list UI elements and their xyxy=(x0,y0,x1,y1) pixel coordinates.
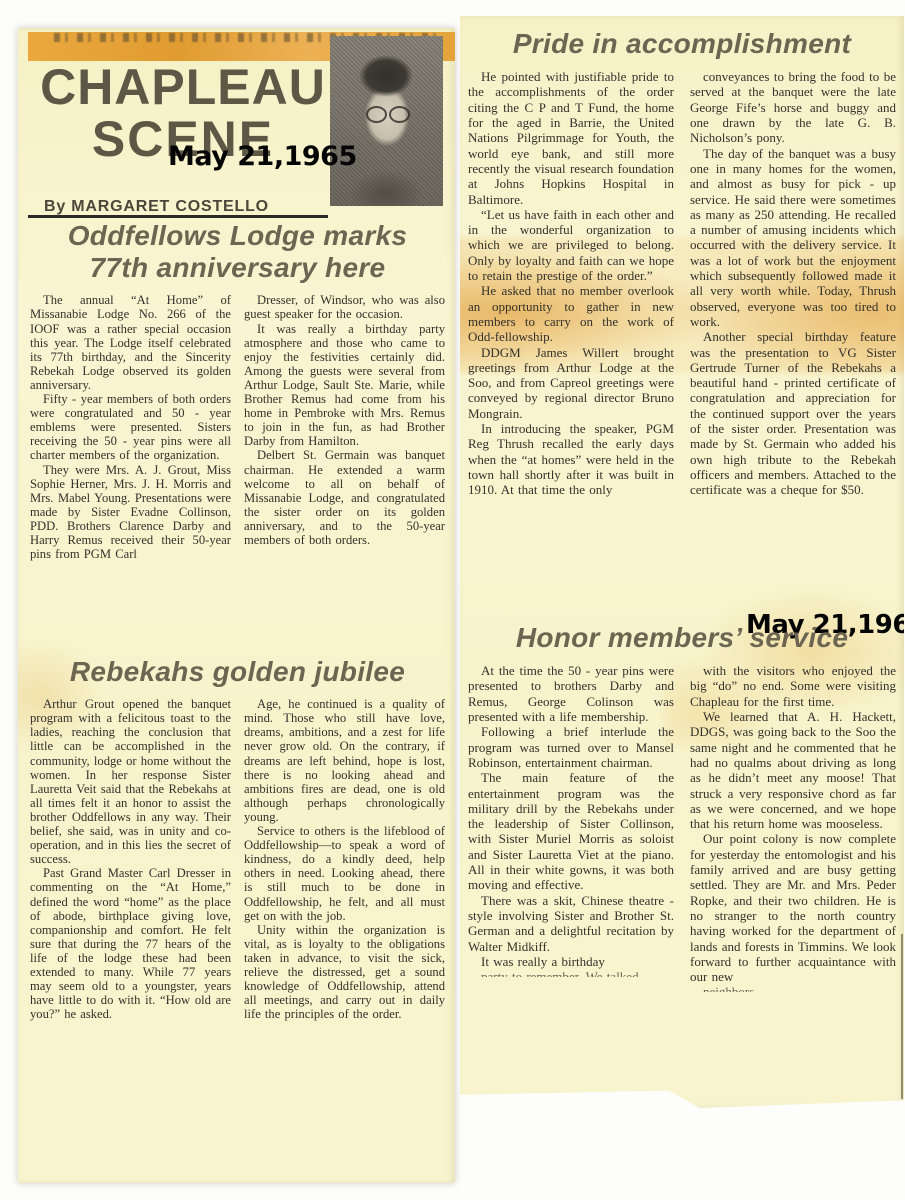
left-newspaper-clipping: CHAPLEAU SCENE May 21,1965 By MARGARET C… xyxy=(18,28,455,1183)
headline-line1: Oddfellows Lodge marks xyxy=(30,220,445,252)
column-paragraphs: with the visitors who enjoyed the big “d… xyxy=(690,663,896,984)
article-oddfellows-anniversary: Oddfellows Lodge marks 77th anniversary … xyxy=(30,220,445,561)
masthead-title-line1: CHAPLEAU xyxy=(32,62,334,113)
paragraph: The main feature of the entertainment pr… xyxy=(468,770,674,892)
paragraph: Following a brief interlude the program … xyxy=(468,724,674,770)
paragraph: Delbert St. Germain was banquet chairman… xyxy=(244,448,445,547)
paragraph: At the time the 50 - year pins were pres… xyxy=(468,663,674,724)
author-photo xyxy=(330,36,443,206)
paragraph: with the visitors who enjoyed the big “d… xyxy=(690,663,896,709)
paragraph: They were Mrs. A. J. Grout, Miss Sophie … xyxy=(30,463,231,562)
headline-line2: 77th anniversary here xyxy=(30,252,445,284)
paragraph: Unity within the organization is vital, … xyxy=(244,923,445,1022)
paragraph: We learned that A. H. Hackett, DDGS, was… xyxy=(690,709,896,831)
headline-honor: Honor members’ service xyxy=(468,622,896,654)
article-body: At the time the 50 - year pins were pres… xyxy=(468,663,896,992)
paragraph: Another special birthday feature was the… xyxy=(690,329,896,497)
paragraph: DDGM James Willert brought greetings fro… xyxy=(468,345,674,421)
paragraph: The day of the banquet was a busy one in… xyxy=(690,146,896,330)
article-column: Arthur Grout opened the banquet program … xyxy=(30,697,231,1021)
paragraph: Past Grand Master Carl Dresser in commen… xyxy=(30,866,231,1021)
paragraph: Age, he continued is a quality of mind. … xyxy=(244,697,445,824)
right-newspaper-clipping: Pride in accomplishment He pointed with … xyxy=(460,16,904,1108)
byline: By MARGARET COSTELLO xyxy=(44,198,269,216)
article-column: conveyances to bring the food to be serv… xyxy=(690,69,896,497)
article-column: Age, he continued is a quality of mind. … xyxy=(244,697,445,1021)
cutoff-text: party to remember. We talked xyxy=(468,969,674,977)
article-column: The annual “At Home” of Missanabie Lodge… xyxy=(30,293,231,561)
article-column: He pointed with justifiable pride to the… xyxy=(468,69,674,497)
paragraph: He pointed with justifiable pride to the… xyxy=(468,69,674,207)
paragraph: Our point colony is now complete for yes… xyxy=(690,831,896,984)
torn-text-line: party to remember. We talked xyxy=(468,969,674,977)
paragraph: Service to others is the lifeblood of Od… xyxy=(244,824,445,923)
article-column: Dresser, of Windsor, who was also guest … xyxy=(244,293,445,561)
paragraph: “Let us have faith in each other and in … xyxy=(468,207,674,283)
paragraph: Fifty - year members of both orders were… xyxy=(30,392,231,462)
headline-oddfellows: Oddfellows Lodge marks 77th anniversary … xyxy=(30,220,445,284)
article-rebekahs-jubilee: Rebekahs golden jubilee Arthur Grout ope… xyxy=(30,656,445,1021)
headline-pride: Pride in accomplishment xyxy=(468,28,896,60)
paragraph: conveyances to bring the food to be serv… xyxy=(690,69,896,145)
cutoff-text: neighbors xyxy=(690,984,896,992)
headline-rebekahs: Rebekahs golden jubilee xyxy=(30,656,445,688)
article-body: Arthur Grout opened the banquet program … xyxy=(30,697,445,1021)
column-paragraphs: At the time the 50 - year pins were pres… xyxy=(468,663,674,969)
paragraph: The annual “At Home” of Missanabie Lodge… xyxy=(30,293,231,392)
paragraph: There was a skit, Chinese theatre - styl… xyxy=(468,893,674,954)
date-stamp-1: May 21,1965 xyxy=(168,141,357,172)
article-honor-members-service: Honor members’ service At the time the 5… xyxy=(468,622,896,992)
torn-text-line: neighbors xyxy=(690,984,896,992)
article-pride-accomplishment: Pride in accomplishment He pointed with … xyxy=(468,28,896,498)
paragraph: Arthur Grout opened the banquet program … xyxy=(30,697,231,866)
article-column: with the visitors who enjoyed the big “d… xyxy=(690,663,896,992)
paragraph: It was really a birthday xyxy=(468,954,674,969)
article-body: He pointed with justifiable pride to the… xyxy=(468,69,896,497)
paragraph: He asked that no member overlook an oppo… xyxy=(468,283,674,344)
article-column: At the time the 50 - year pins were pres… xyxy=(468,663,674,992)
paragraph: Dresser, of Windsor, who was also guest … xyxy=(244,293,445,321)
paragraph: In introducing the speaker, PGM Reg Thru… xyxy=(468,421,674,497)
clipping-edge-crease xyxy=(901,934,903,1099)
paragraph: It was really a birthday party atmospher… xyxy=(244,322,445,449)
masthead-divider xyxy=(28,215,328,218)
article-body: The annual “At Home” of Missanabie Lodge… xyxy=(30,293,445,561)
